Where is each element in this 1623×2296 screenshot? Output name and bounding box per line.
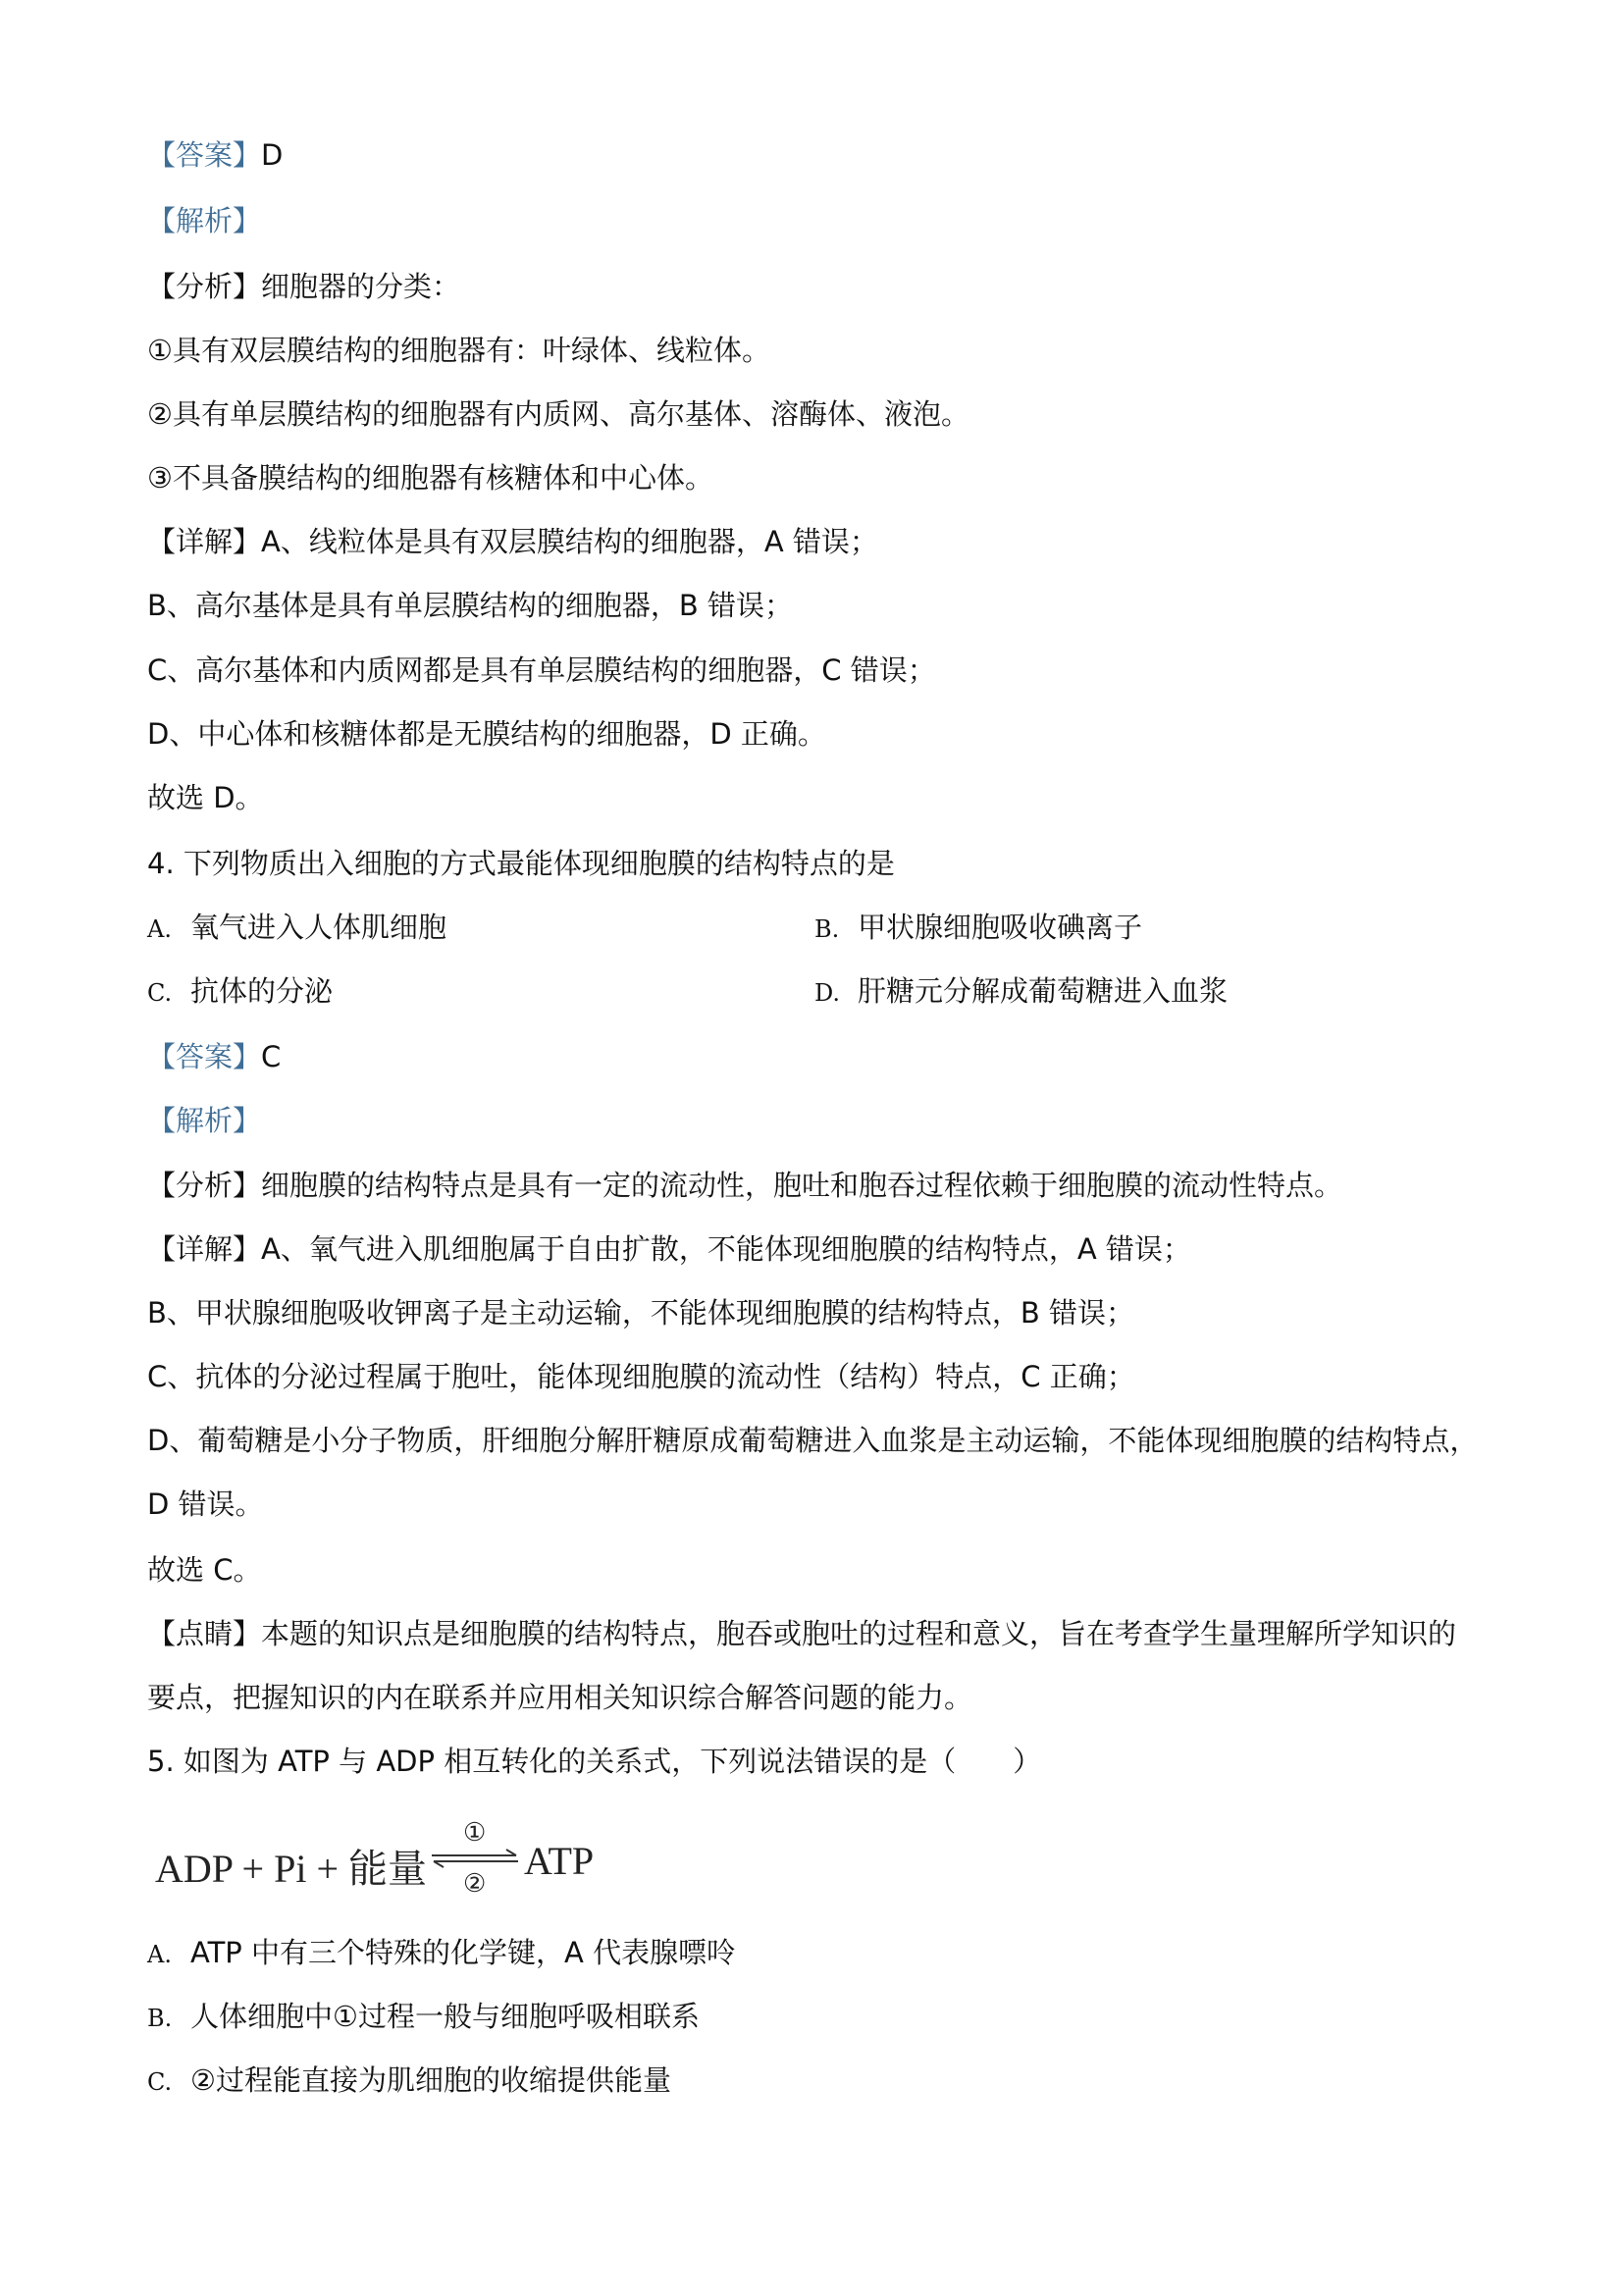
option-letter: B. <box>814 910 858 949</box>
option-letter: B. <box>147 1999 190 2038</box>
fenxi-text: 细胞器的分类： <box>261 270 460 303</box>
q3-detail-b: B、高尔基体是具有单层膜结构的细胞器，B 错误； <box>147 586 793 625</box>
dianjing-text: 本题的知识点是细胞膜的结构特点，胞吞或胞吐的过程和意义，旨在考查学生量理解所学知… <box>261 1617 1456 1650</box>
q3-detail-c: C、高尔基体和内质网都是具有单层膜结构的细胞器，C 错误； <box>147 651 936 690</box>
q3-jiexi-line: 【解析】 <box>147 201 261 240</box>
q4-conclusion: 故选 C。 <box>147 1550 261 1590</box>
q3-xiangjie-line: 【详解】A、线粒体是具有双层膜结构的细胞器，A 错误； <box>147 522 878 561</box>
q4-detail-d-cont: D 错误。 <box>147 1485 264 1524</box>
q4-dianjing-cont: 要点，把握知识的内在联系并应用相关知识综合解答问题的能力。 <box>147 1678 972 1717</box>
q4-option-d: D.肝糖元分解成葡萄糖进入血浆 <box>814 971 1228 1013</box>
fenxi-tag: 【分析】 <box>147 270 261 303</box>
option-text: 氧气进入人体肌细胞 <box>190 911 446 944</box>
q3-conclusion: 故选 D。 <box>147 778 264 817</box>
option-letter: C. <box>147 2062 190 2102</box>
xiangjie-tag: 【详解】 <box>147 1232 261 1266</box>
answer-value: C <box>261 1040 281 1073</box>
q4-xiangjie-line: 【详解】A、氧气进入肌细胞属于自由扩散，不能体现细胞膜的结构特点，A 错误； <box>147 1229 1191 1269</box>
q3-point-3: ③不具备膜结构的细胞器有核糖体和中心体。 <box>147 458 713 497</box>
q4-fenxi-line: 【分析】细胞膜的结构特点是具有一定的流动性，胞吐和胞吞过程依赖于细胞膜的流动性特… <box>147 1166 1342 1205</box>
option-letter: C. <box>147 973 190 1013</box>
q5-stem: 5. 如图为 ATP 与 ADP 相互转化的关系式，下列说法错误的是（ ） <box>147 1742 1041 1781</box>
q3-answer-line: 【答案】D <box>147 135 283 175</box>
dianjing-tag: 【点睛】 <box>147 1617 261 1650</box>
xiangjie-tag: 【详解】 <box>147 525 261 558</box>
q4-option-b: B.甲状腺细胞吸收碘离子 <box>814 908 1142 949</box>
option-text: ②过程能直接为肌细胞的收缩提供能量 <box>190 2063 671 2097</box>
option-letter: A. <box>147 910 190 949</box>
q3-fenxi-line: 【分析】细胞器的分类： <box>147 267 460 306</box>
reversible-arrow-icon: ① ② <box>428 1820 522 1899</box>
q3-detail-d: D、中心体和核糖体都是无膜结构的细胞器，D 正确。 <box>147 714 826 754</box>
process-2-label: ② <box>463 1871 486 1897</box>
option-text: ATP 中有三个特殊的化学键，A 代表腺嘌呤 <box>190 1936 735 1969</box>
q4-answer-line: 【答案】C <box>147 1037 281 1076</box>
formula-lhs: ADP + Pi + 能量 <box>155 1838 427 1894</box>
q4-detail-c: C、抗体的分泌过程属于胞吐，能体现细胞膜的流动性（结构）特点，C 正确； <box>147 1357 1135 1396</box>
jiexi-tag: 【解析】 <box>147 204 261 237</box>
answer-tag: 【答案】 <box>147 138 261 172</box>
fenxi-tag: 【分析】 <box>147 1169 261 1202</box>
option-text: 抗体的分泌 <box>190 974 333 1008</box>
option-text: 甲状腺细胞吸收碘离子 <box>858 911 1142 944</box>
option-text: 人体细胞中①过程一般与细胞呼吸相联系 <box>190 2000 700 2033</box>
q3-point-2: ②具有单层膜结构的细胞器有内质网、高尔基体、溶酶体、液泡。 <box>147 394 969 434</box>
option-letter: D. <box>814 973 858 1013</box>
q4-detail-b: B、甲状腺细胞吸收钾离子是主动运输，不能体现细胞膜的结构特点，B 错误； <box>147 1293 1134 1332</box>
detail-a: A、氧气进入肌细胞属于自由扩散，不能体现细胞膜的结构特点，A 错误； <box>261 1232 1191 1266</box>
q4-option-c: C.抗体的分泌 <box>147 971 333 1013</box>
fenxi-text: 细胞膜的结构特点是具有一定的流动性，胞吐和胞吞过程依赖于细胞膜的流动性特点。 <box>261 1169 1342 1202</box>
q4-stem: 4. 下列物质出入细胞的方式最能体现细胞膜的结构特点的是 <box>147 844 895 883</box>
answer-tag: 【答案】 <box>147 1040 261 1073</box>
answer-value: D <box>261 138 283 172</box>
q4-option-a: A.氧气进入人体肌细胞 <box>147 908 446 949</box>
q5-option-b: B.人体细胞中①过程一般与细胞呼吸相联系 <box>147 1997 700 2038</box>
formula-rhs: ATP <box>524 1838 594 1884</box>
q5-option-a: A.ATP 中有三个特殊的化学键，A 代表腺嘌呤 <box>147 1933 735 1974</box>
option-letter: A. <box>147 1935 190 1974</box>
q4-dianjing-line: 【点睛】本题的知识点是细胞膜的结构特点，胞吞或胞吐的过程和意义，旨在考查学生量理… <box>147 1614 1456 1653</box>
q4-detail-d: D、葡萄糖是小分子物质，肝细胞分解肝糖原成葡萄糖进入血浆是主动运输，不能体现细胞… <box>147 1421 1478 1460</box>
q4-jiexi-line: 【解析】 <box>147 1101 261 1140</box>
q5-option-c: C.②过程能直接为肌细胞的收缩提供能量 <box>147 2061 671 2102</box>
option-text: 肝糖元分解成葡萄糖进入血浆 <box>858 974 1228 1008</box>
detail-a: A、线粒体是具有双层膜结构的细胞器，A 错误； <box>261 525 878 558</box>
jiexi-tag: 【解析】 <box>147 1104 261 1137</box>
q3-point-1: ①具有双层膜结构的细胞器有：叶绿体、线粒体。 <box>147 331 770 370</box>
